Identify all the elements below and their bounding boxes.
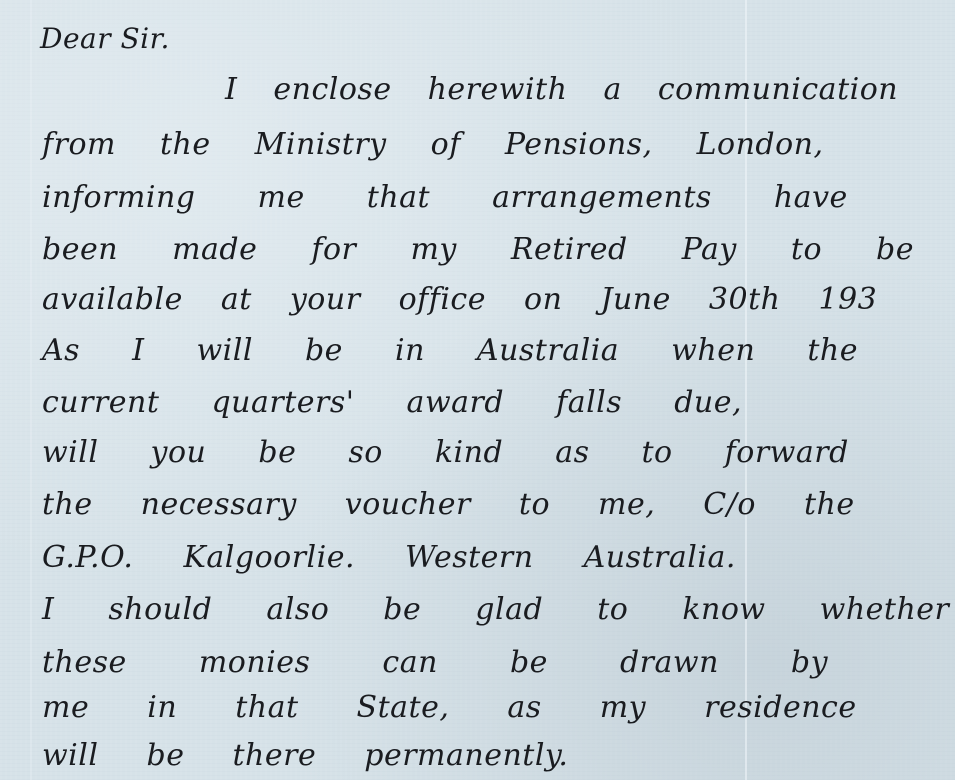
letter-line-9: the necessary voucher to me, C/o the (42, 487, 855, 522)
letter-line-5: available at your office on June 30th 19… (42, 282, 877, 317)
letter-line-2: from the Ministry of Pensions, London, (42, 127, 824, 162)
letter-line-3: informing me that arrangements have (42, 180, 848, 215)
letter-line-10: G.P.O. Kalgoorlie. Western Australia. (42, 540, 736, 575)
paper-fold-line (30, 0, 32, 780)
letter-line-4: been made for my Retired Pay to be (42, 232, 914, 267)
letter-line-12: these monies can be drawn by (42, 645, 828, 680)
letter-line-11: I should also be glad to know whether (42, 592, 949, 627)
letter-line-7: current quarters' award falls due, (42, 385, 742, 420)
letter-line-1: I enclose herewith a communication (225, 72, 898, 107)
letter-line-8: will you be so kind as to forward (42, 435, 849, 470)
salutation: Dear Sir. (40, 22, 170, 55)
letter-line-6: As I will be in Australia when the (42, 333, 858, 368)
letter-line-14: will be there permanently. (42, 738, 568, 773)
letter-line-13: me in that State, as my residence (42, 690, 857, 725)
